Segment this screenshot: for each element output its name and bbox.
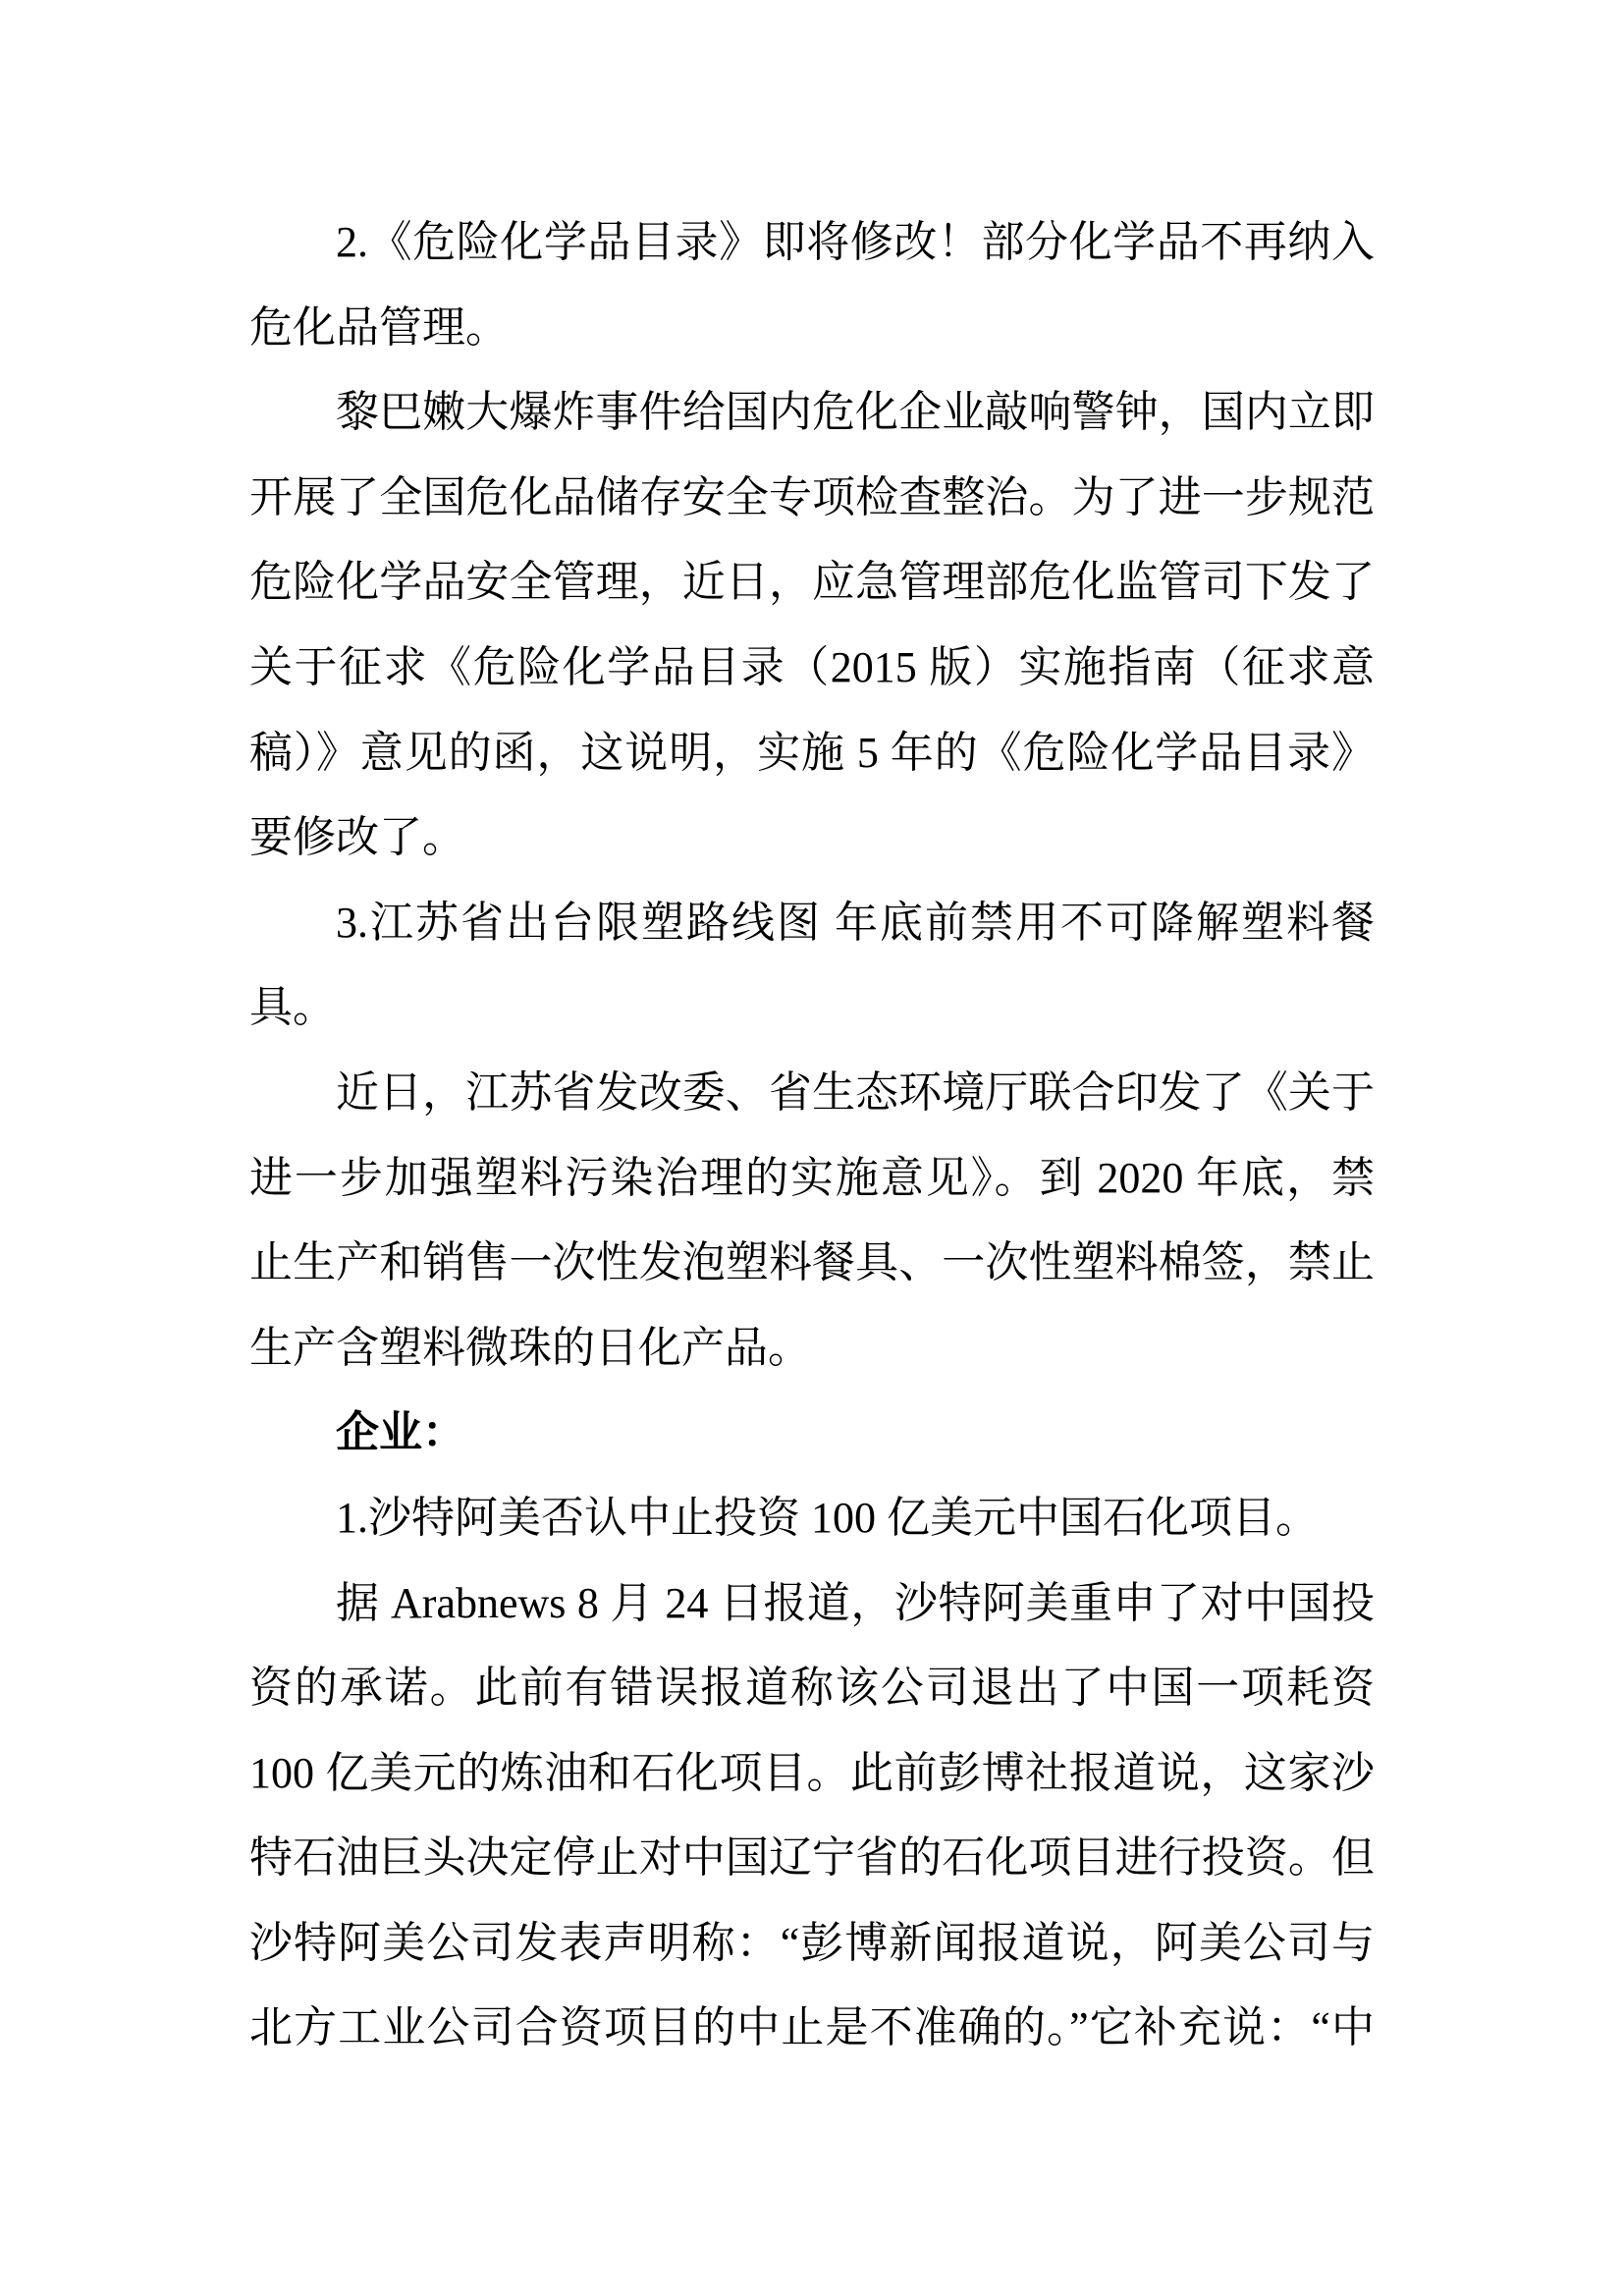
text-line: 100 亿美元的炼油和石化项目。此前彭博社报道说，这家沙 [249, 1731, 1375, 1817]
text-line: 资的承诺。此前有错误报道称该公司退出了中国一项耗资 [249, 1646, 1375, 1731]
text-line: 稿）》意见的函，这说明，实施 5 年的《危险化学品目录》 [249, 711, 1375, 796]
section-heading-enterprise: 企业： [249, 1391, 1375, 1476]
text-line: 沙特阿美公司发表声明称：“彭博新闻报道说，阿美公司与 [249, 1901, 1375, 1987]
text-line: 企业： [249, 1391, 1375, 1476]
text-line: 生产含塑料微珠的日化产品。 [249, 1306, 1375, 1392]
document-body: 2.《危险化学品目录》即将修改！部分化学品不再纳入危化品管理。黎巴嫩大爆炸事件给… [249, 200, 1375, 2071]
text-line: 危化品管理。 [249, 286, 1375, 371]
text-line: 近日，江苏省发改委、省生态环境厅联合印发了《关于 [249, 1051, 1375, 1136]
enterprise-item-1-headline: 1.沙特阿美否认中止投资 100 亿美元中国石化项目。 [249, 1476, 1375, 1561]
text-line: 具。 [249, 965, 1375, 1051]
text-line: 进一步加强塑料污染治理的实施意见》。到 2020 年底，禁 [249, 1136, 1375, 1222]
text-line: 关于征求《危险化学品目录（2015 版）实施指南（征求意见 [249, 626, 1375, 711]
text-line: 黎巴嫩大爆炸事件给国内危化企业敲响警钟，国内立即 [249, 370, 1375, 456]
news-item-2-body: 黎巴嫩大爆炸事件给国内危化企业敲响警钟，国内立即开展了全国危化品储存安全专项检查… [249, 370, 1375, 881]
text-line: 2.《危险化学品目录》即将修改！部分化学品不再纳入 [249, 200, 1375, 286]
text-line: 北方工业公司合资项目的中止是不准确的。”它补充说：“中 [249, 1986, 1375, 2071]
text-line: 据 Arabnews 8 月 24 日报道，沙特阿美重申了对中国投 [249, 1561, 1375, 1647]
text-line: 危险化学品安全管理，近日，应急管理部危化监管司下发了 [249, 540, 1375, 626]
enterprise-item-1-body: 据 Arabnews 8 月 24 日报道，沙特阿美重申了对中国投资的承诺。此前… [249, 1561, 1375, 2072]
text-line: 1.沙特阿美否认中止投资 100 亿美元中国石化项目。 [249, 1476, 1375, 1561]
text-line: 开展了全国危化品储存安全专项检查整治。为了进一步规范 [249, 456, 1375, 541]
text-line: 3.江苏省出台限塑路线图 年底前禁用不可降解塑料餐 [249, 881, 1375, 966]
news-item-3-body: 近日，江苏省发改委、省生态环境厅联合印发了《关于进一步加强塑料污染治理的实施意见… [249, 1051, 1375, 1391]
text-line: 要修改了。 [249, 795, 1375, 881]
text-line: 特石油巨头决定停止对中国辽宁省的石化项目进行投资。但 [249, 1816, 1375, 1901]
news-item-2-headline: 2.《危险化学品目录》即将修改！部分化学品不再纳入危化品管理。 [249, 200, 1375, 370]
document-page: 2.《危险化学品目录》即将修改！部分化学品不再纳入危化品管理。黎巴嫩大爆炸事件给… [0, 0, 1623, 2296]
news-item-3-headline: 3.江苏省出台限塑路线图 年底前禁用不可降解塑料餐具。 [249, 881, 1375, 1051]
text-line: 止生产和销售一次性发泡塑料餐具、一次性塑料棉签，禁止 [249, 1221, 1375, 1306]
